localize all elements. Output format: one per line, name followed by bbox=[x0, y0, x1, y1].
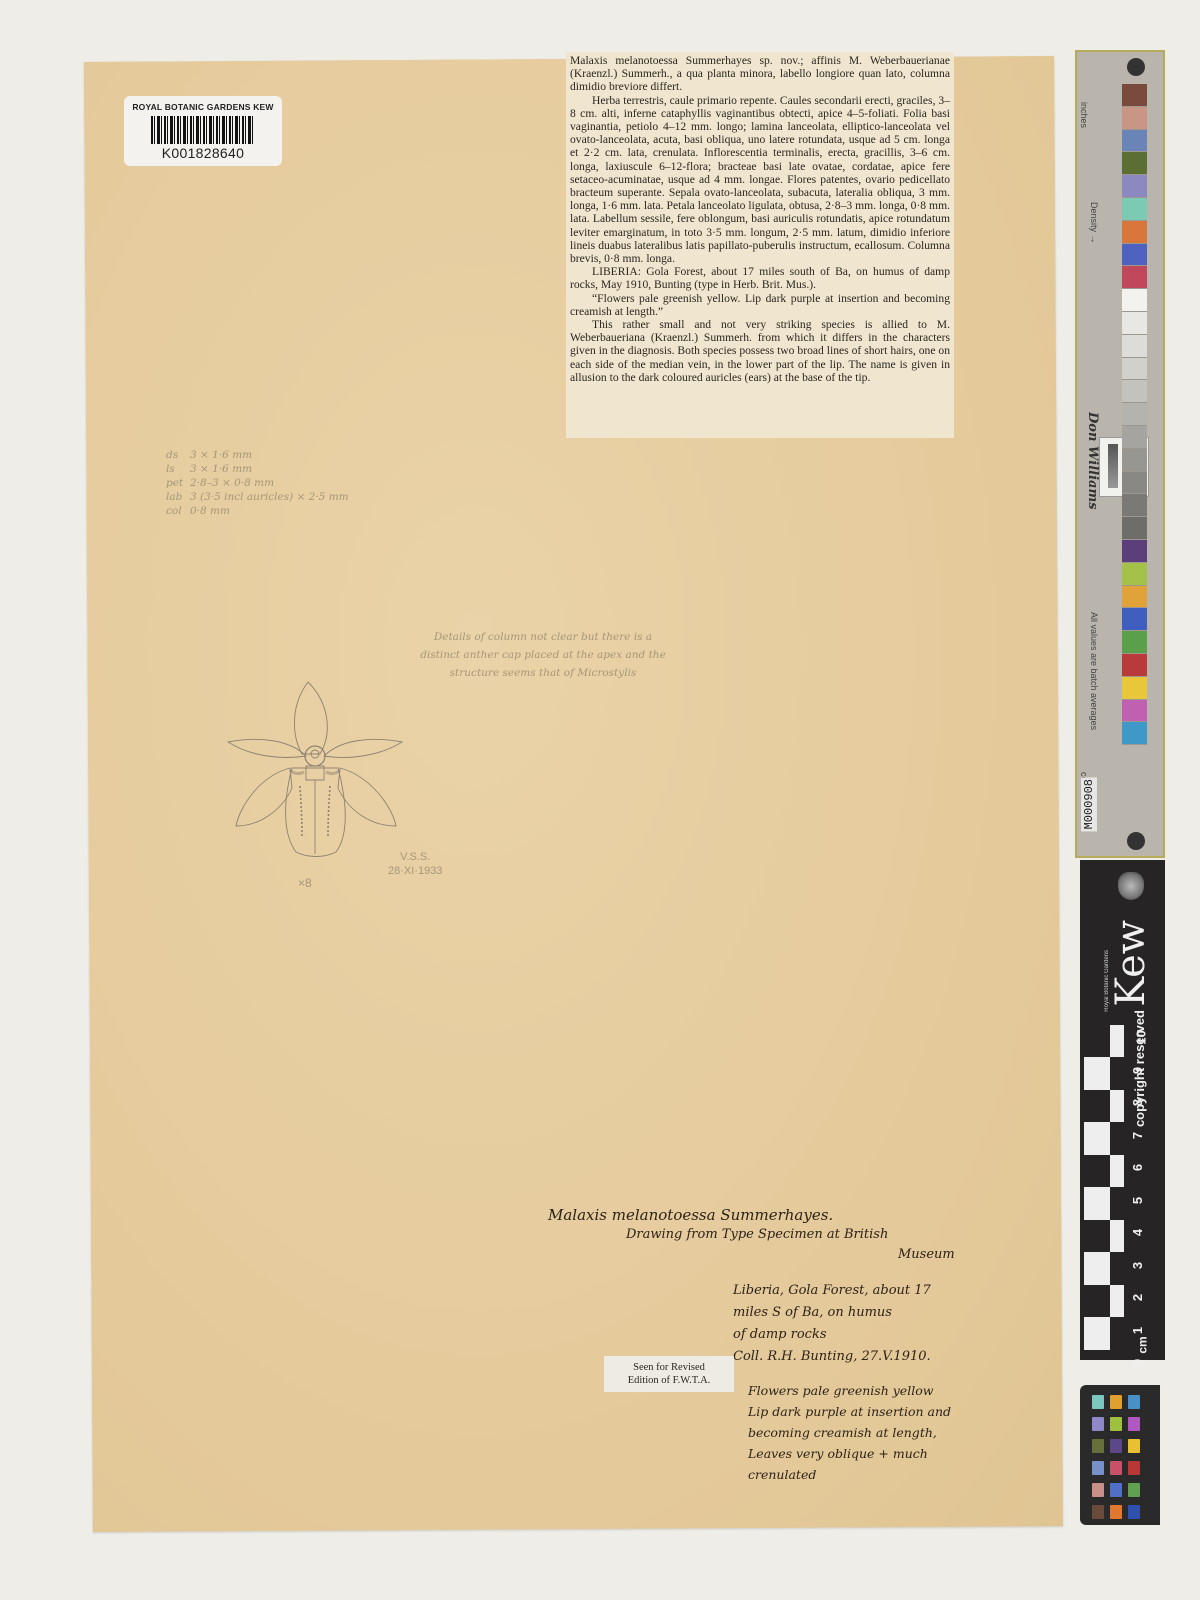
determination-note: Drawing from Type Specimen at British bbox=[548, 1225, 955, 1245]
scale-tick-label: 7 bbox=[1130, 1131, 1145, 1138]
colour-swatch bbox=[1122, 266, 1147, 289]
colour-swatch bbox=[1122, 563, 1147, 586]
checker-cell bbox=[1128, 1439, 1140, 1453]
scale-tick-label: 4 bbox=[1130, 1229, 1145, 1236]
colour-swatch bbox=[1122, 130, 1147, 153]
colour-swatch bbox=[1122, 335, 1147, 358]
colour-swatch bbox=[1122, 289, 1147, 312]
checker-cell bbox=[1128, 1417, 1140, 1431]
density-label: Density → bbox=[1089, 202, 1099, 244]
colour-swatch bbox=[1122, 677, 1147, 700]
hole-icon bbox=[1127, 832, 1145, 850]
checker-cell bbox=[1128, 1483, 1140, 1497]
kew-subtitle: Royal Botanic Gardens bbox=[1104, 950, 1110, 1012]
scale-ruler bbox=[1084, 1025, 1110, 1350]
kew-scale-bar: Kew Royal Botanic Gardens copyright rese… bbox=[1080, 860, 1165, 1360]
handwritten-notes: Flowers pale greenish yellow Lip dark pu… bbox=[748, 1380, 951, 1485]
checker-cell bbox=[1128, 1505, 1140, 1519]
kew-logo: Kew bbox=[1108, 920, 1154, 1007]
colour-swatch bbox=[1122, 152, 1147, 175]
hole-icon bbox=[1127, 58, 1145, 76]
colour-swatch bbox=[1122, 654, 1147, 677]
colour-swatch bbox=[1122, 312, 1147, 335]
checker-cell bbox=[1092, 1483, 1104, 1497]
scale-tick-label: 2 bbox=[1130, 1294, 1145, 1301]
colour-swatch bbox=[1122, 198, 1147, 221]
institution-name: ROYAL BOTANIC GARDENS KEW bbox=[124, 102, 282, 112]
scale-tick-label: 8 bbox=[1130, 1099, 1145, 1106]
scale-tick-label: 6 bbox=[1130, 1164, 1145, 1171]
checker-cell bbox=[1092, 1395, 1104, 1409]
colour-swatch bbox=[1122, 586, 1147, 609]
measurement-row: col0·8 mm bbox=[166, 504, 349, 518]
colour-swatch bbox=[1122, 84, 1147, 107]
discussion-paragraph: This rather small and not very striking … bbox=[570, 318, 950, 384]
checker-cell bbox=[1110, 1439, 1122, 1453]
chart-unit-top: inches bbox=[1079, 102, 1089, 128]
colour-swatch bbox=[1122, 403, 1147, 426]
scale-unit: cm bbox=[1136, 1336, 1150, 1353]
checker-cell bbox=[1110, 1417, 1122, 1431]
scale-tick-label: 0 bbox=[1130, 1359, 1145, 1366]
chart-brand: Don Williams bbox=[1085, 412, 1100, 510]
colour-swatch bbox=[1122, 631, 1147, 654]
column-note: Details of column not clear but there is… bbox=[418, 628, 668, 682]
checker-cell bbox=[1092, 1505, 1104, 1519]
checker-cell bbox=[1110, 1461, 1122, 1475]
barcode-icon bbox=[151, 116, 255, 144]
barcode-label: ROYAL BOTANIC GARDENS KEW K001828640 bbox=[124, 96, 282, 166]
scale-tick-label: 9 bbox=[1130, 1066, 1145, 1073]
checker-cell bbox=[1128, 1395, 1140, 1409]
checker-cell bbox=[1110, 1395, 1122, 1409]
colour-swatch bbox=[1122, 244, 1147, 267]
determination-name: Malaxis melanotoessa Summerhayes. bbox=[548, 1205, 955, 1225]
description-paragraph: Herba terrestris, caule primario repente… bbox=[570, 94, 950, 266]
scale-tick-label: 3 bbox=[1130, 1261, 1145, 1268]
collector-line: Coll. R.H. Bunting, 27.V.1910. bbox=[733, 1346, 931, 1368]
pencil-measurements: ds3 × 1·6 mm ls3 × 1·6 mm pet2·8–3 × 0·8… bbox=[166, 448, 349, 518]
colour-swatch bbox=[1122, 608, 1147, 631]
scale-tick-label: 5 bbox=[1130, 1196, 1145, 1203]
measurement-row: ls3 × 1·6 mm bbox=[166, 462, 349, 476]
description-slip: Malaxis melanotoessa Summerhayes sp. nov… bbox=[566, 52, 954, 438]
diagnosis-paragraph: Malaxis melanotoessa Summerhayes sp. nov… bbox=[570, 54, 950, 94]
colour-swatch bbox=[1122, 221, 1147, 244]
handwritten-locality: Liberia, Gola Forest, about 17 miles S o… bbox=[733, 1280, 931, 1368]
locality-paragraph: LIBERIA: Gola Forest, about 17 miles sou… bbox=[570, 265, 950, 291]
artist-signature: V.S.S. 28·XI·1933 bbox=[388, 850, 442, 878]
colour-swatch bbox=[1122, 517, 1147, 540]
royal-crest-icon bbox=[1118, 872, 1144, 900]
colour-swatches bbox=[1122, 84, 1147, 745]
chart-footnote: All values are batch averages bbox=[1089, 612, 1099, 730]
colour-swatch bbox=[1122, 175, 1147, 198]
scale-tick-label: 10 bbox=[1134, 1030, 1149, 1044]
colour-swatch bbox=[1122, 494, 1147, 517]
magnification-label: ×8 bbox=[298, 876, 312, 890]
colour-swatch bbox=[1122, 722, 1147, 745]
determination-note: Museum bbox=[548, 1245, 955, 1265]
fwta-slip: Seen for Revised Edition of F.W.T.A. bbox=[604, 1356, 734, 1392]
colour-swatch bbox=[1122, 380, 1147, 403]
colour-swatch bbox=[1122, 449, 1147, 472]
colour-swatch bbox=[1122, 426, 1147, 449]
barcode-number: K001828640 bbox=[124, 145, 282, 161]
field-note-paragraph: “Flowers pale greenish yellow. Lip dark … bbox=[570, 292, 950, 318]
colour-checker bbox=[1080, 1385, 1160, 1525]
checker-cell bbox=[1092, 1439, 1104, 1453]
handwritten-determination: Malaxis melanotoessa Summerhayes. Drawin… bbox=[548, 1205, 955, 1265]
checker-cell bbox=[1110, 1505, 1122, 1519]
colour-swatch bbox=[1122, 107, 1147, 130]
colour-swatch bbox=[1122, 358, 1147, 381]
colour-swatch bbox=[1122, 472, 1147, 495]
colour-swatch bbox=[1122, 700, 1147, 723]
checker-cell bbox=[1128, 1461, 1140, 1475]
colour-swatch bbox=[1122, 540, 1147, 563]
measurement-row: lab3 (3·5 incl auricles) × 2·5 mm bbox=[166, 490, 349, 504]
chart-reference-id: M000908 bbox=[1081, 777, 1097, 831]
checker-cell bbox=[1110, 1483, 1122, 1497]
scale-tick-label: 1 bbox=[1130, 1326, 1145, 1333]
flower-drawing-icon bbox=[220, 676, 410, 866]
checker-cell bbox=[1092, 1417, 1104, 1431]
drawing-date: 28·XI·1933 bbox=[388, 864, 442, 878]
colour-chart: inches Density → Don Williams All values… bbox=[1075, 50, 1165, 858]
measurement-row: ds3 × 1·6 mm bbox=[166, 448, 349, 462]
checker-cell bbox=[1092, 1461, 1104, 1475]
measurement-row: pet2·8–3 × 0·8 mm bbox=[166, 476, 349, 490]
scale-ruler-inner bbox=[1110, 1025, 1124, 1350]
